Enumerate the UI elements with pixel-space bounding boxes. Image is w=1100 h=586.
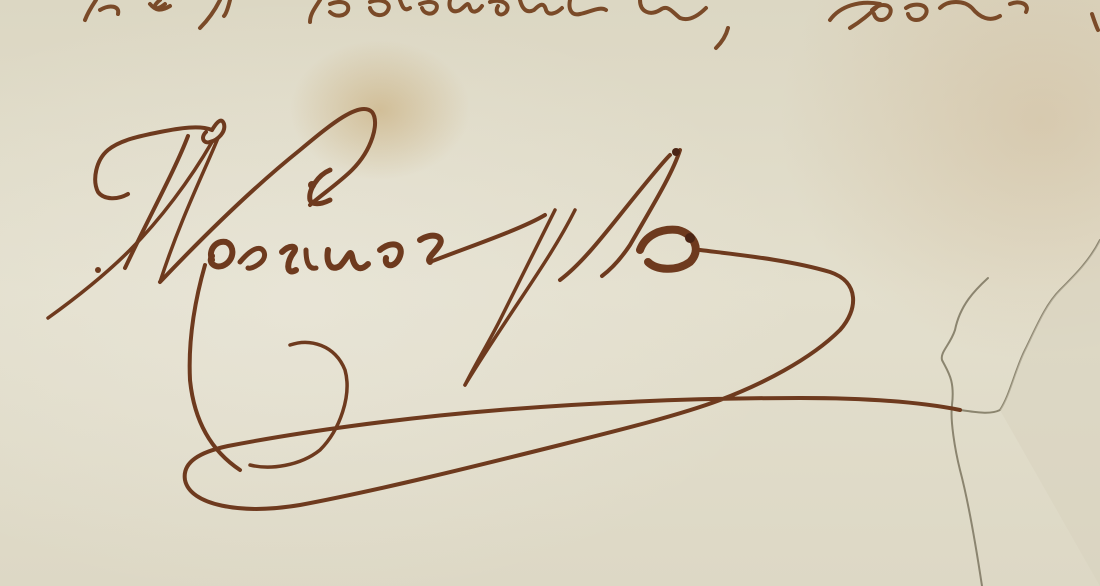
manuscript-ink bbox=[0, 0, 1100, 586]
document-page: ... polonalen, das ... T. Kościuszko bbox=[0, 0, 1100, 586]
top-line-handwriting bbox=[85, 0, 1098, 48]
signature-kosciuszko bbox=[48, 109, 960, 509]
paper-tear-shadow bbox=[1000, 240, 1100, 586]
